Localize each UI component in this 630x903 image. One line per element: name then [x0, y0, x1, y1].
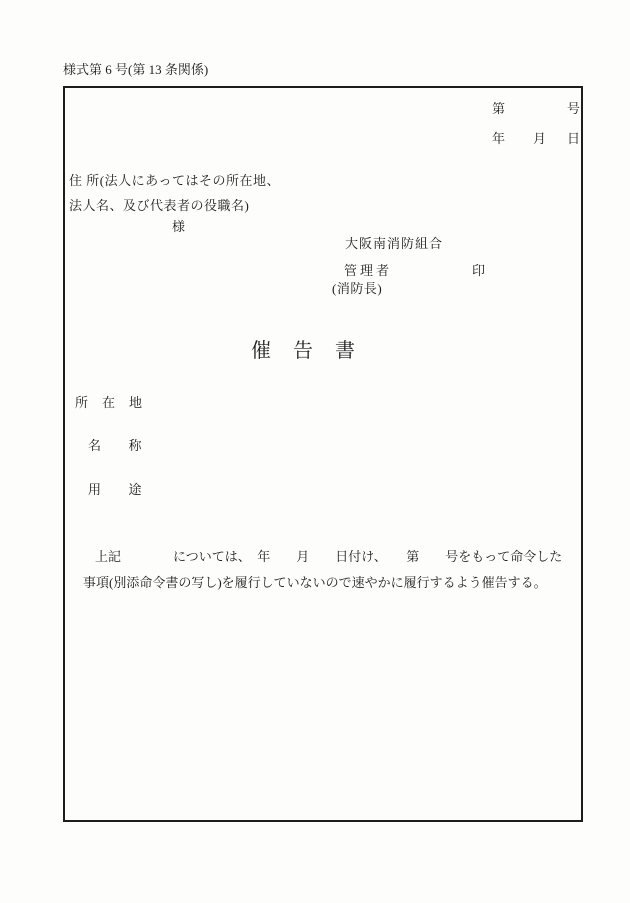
seal-mark: 印 — [472, 263, 486, 278]
field-label-name: 名 称 — [88, 438, 142, 453]
doc-number-prefix: 第 — [492, 101, 506, 116]
body-text-line1: 上記 については、 年 月 日付け、 第 号をもって命令した — [95, 549, 562, 564]
recipient-honorific: 様 — [172, 219, 186, 234]
body-text-line2: 事項(別添命令書の写し)を履行していないので速やかに履行するよう催告する。 — [83, 575, 547, 590]
doc-number-suffix: 号 — [567, 101, 581, 116]
sender-title: 管理者 — [344, 263, 392, 278]
date-year-label: 年 — [492, 131, 506, 146]
sender-subtitle: (消防長) — [332, 281, 382, 296]
field-label-location: 所 在 地 — [75, 395, 143, 410]
form-number-label: 様式第 6 号(第 13 条関係) — [63, 62, 208, 77]
date-month-label: 月 — [533, 131, 547, 146]
document-page: 様式第 6 号(第 13 条関係) 第 号 年 月 日 住 所(法人にあってはそ… — [0, 0, 630, 903]
document-border-box: 第 号 年 月 日 住 所(法人にあってはその所在地、 法人名、及び代表者の役職… — [63, 86, 583, 822]
date-day-label: 日 — [567, 131, 581, 146]
field-label-use: 用 途 — [88, 482, 142, 497]
recipient-address-line2: 法人名、及び代表者の役職名) — [69, 198, 249, 213]
document-title: 催 告 書 — [251, 340, 356, 362]
recipient-address-line1: 住 所(法人にあってはその所在地、 — [69, 173, 280, 188]
sender-organization: 大阪南消防組合 — [345, 236, 443, 251]
